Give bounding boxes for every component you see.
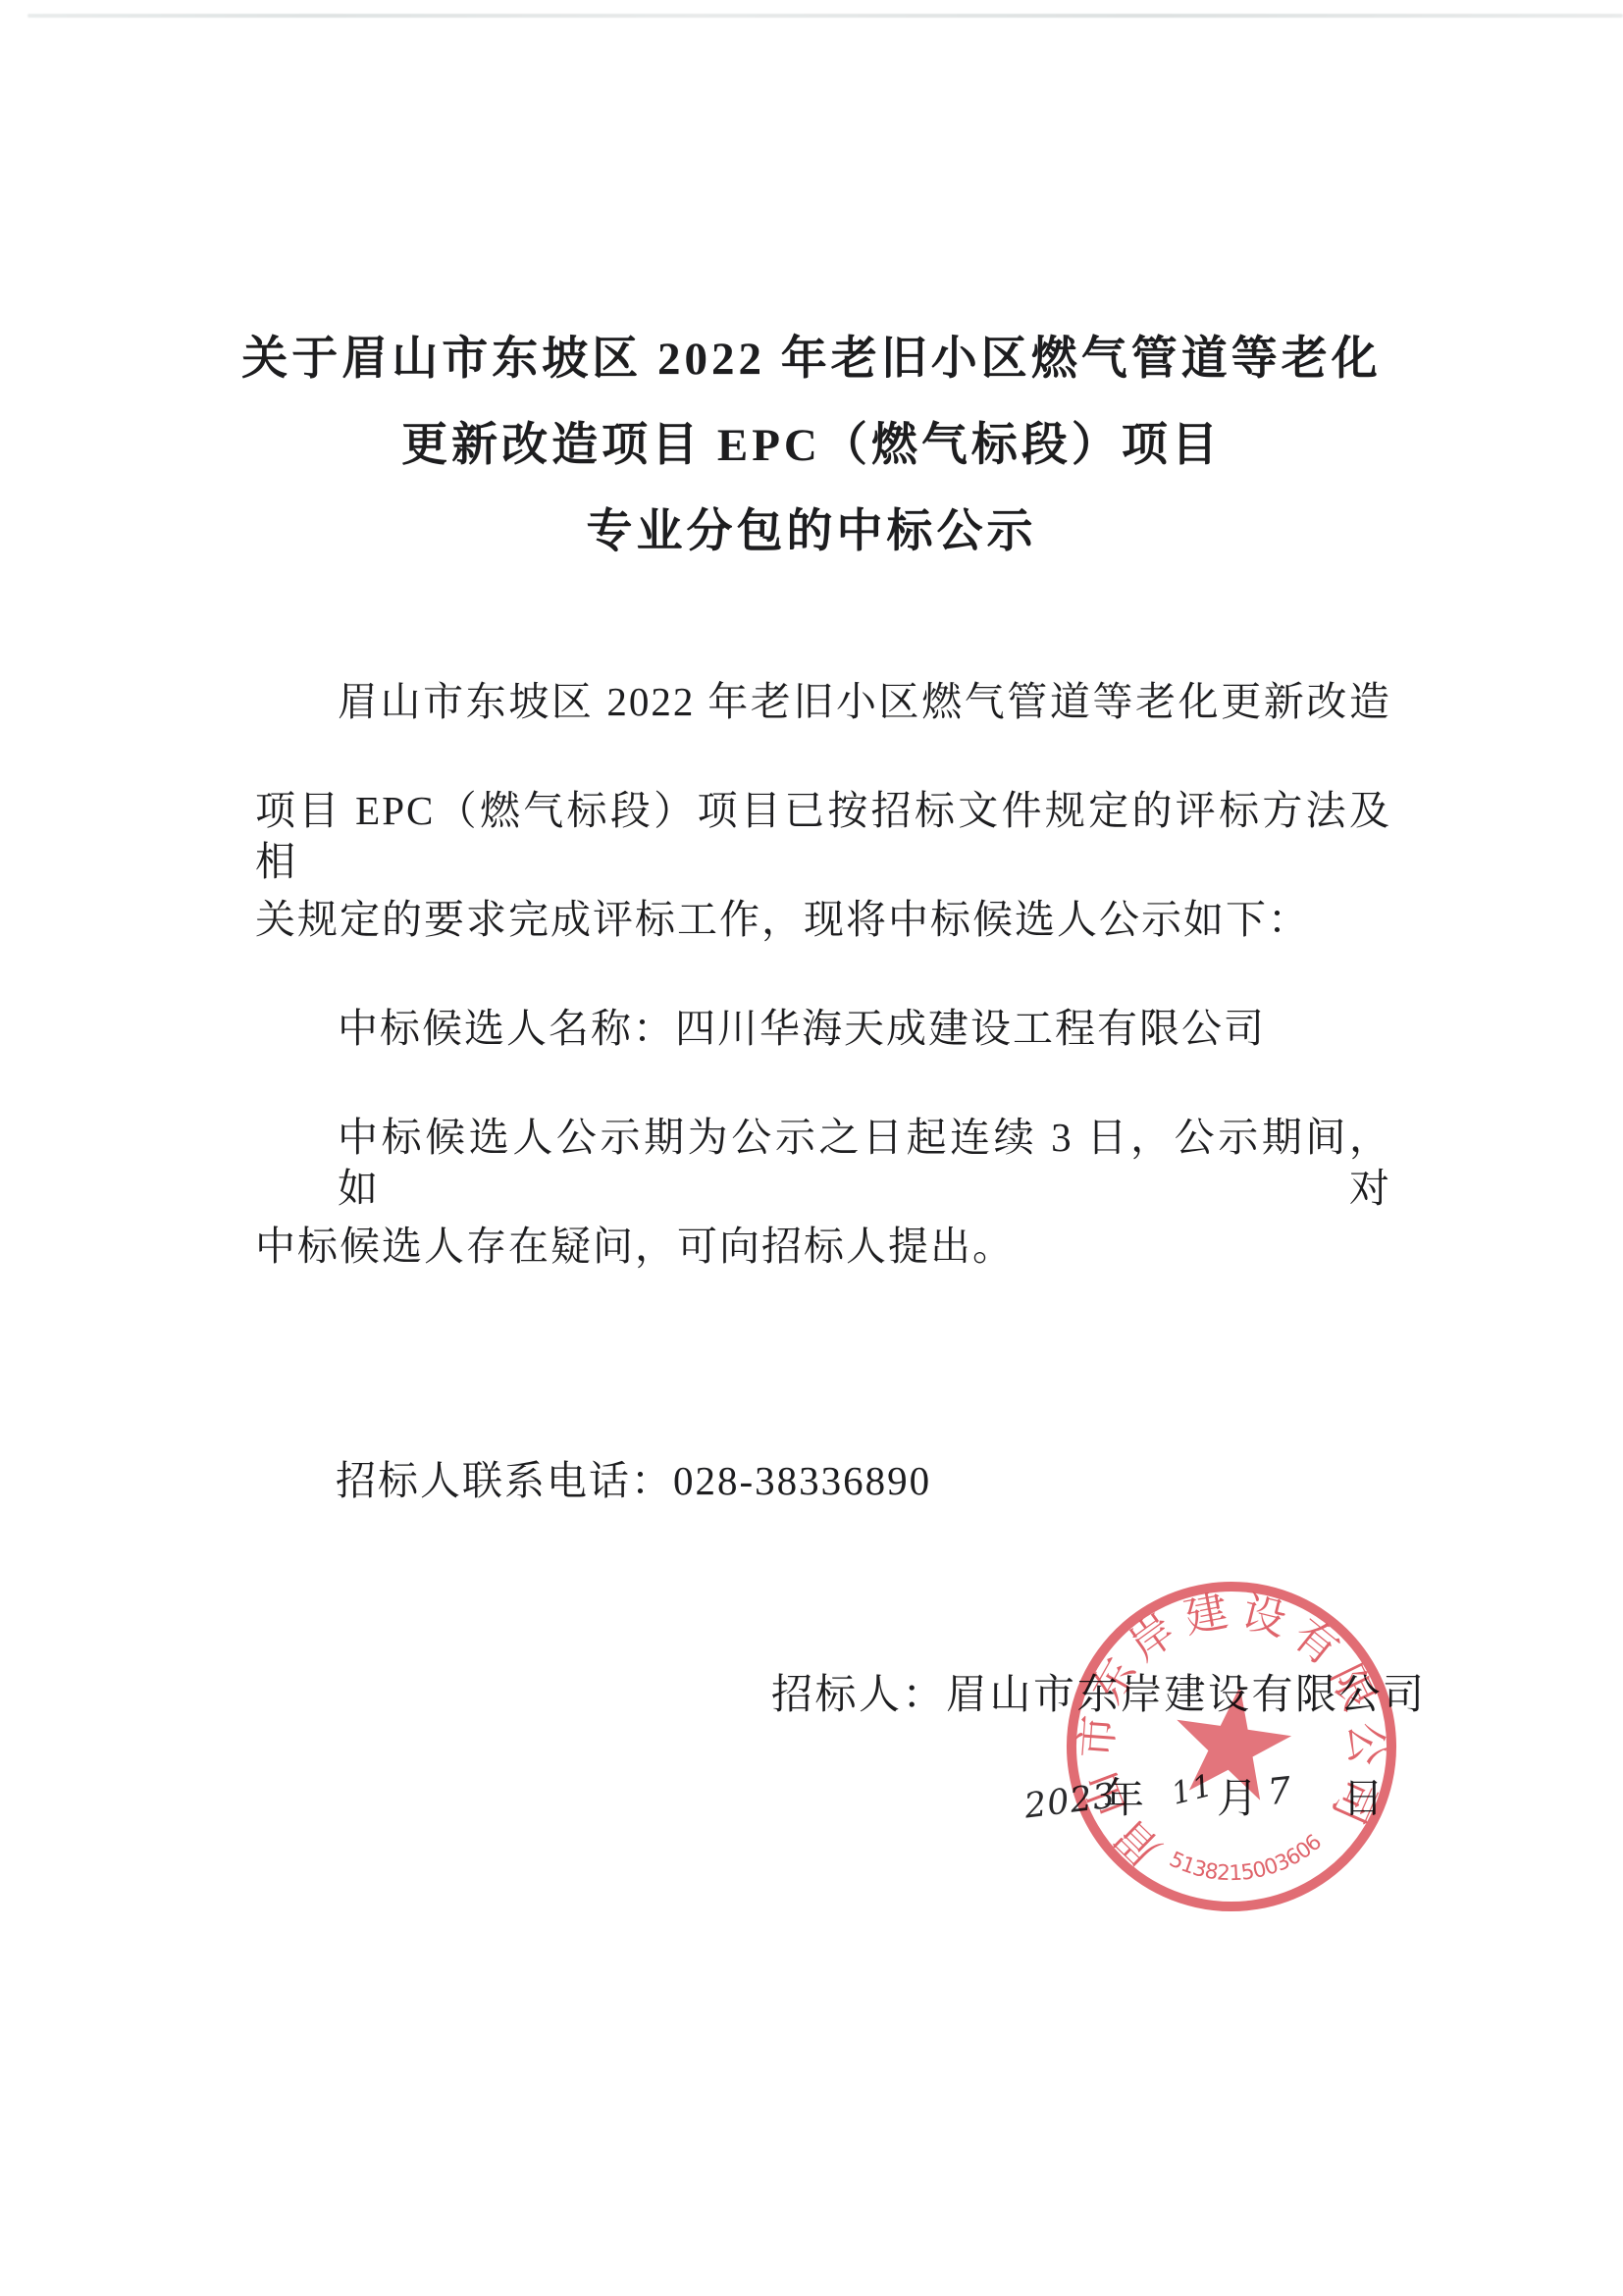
winning-candidate-line: 中标候选人名称：四川华海天成建设工程有限公司 bbox=[255, 1003, 1474, 1054]
document-title-line-1: 关于眉山市东坡区 2022 年老旧小区燃气管道等老化 bbox=[0, 332, 1623, 387]
document-title-line-3: 专业分包的中标公示 bbox=[0, 504, 1623, 559]
document-title-line-2: 更新改造项目 EPC（燃气标段）项目 bbox=[0, 418, 1623, 473]
seal-star-icon bbox=[1168, 1678, 1297, 1803]
publicity-period-line-2: 中标候选人存在疑问，可向招标人提出。 bbox=[255, 1221, 1391, 1272]
body-paragraph-line-2: 项目 EPC（燃气标段）项目已按招标文件规定的评标方法及相 bbox=[255, 785, 1391, 887]
company-seal-stamp: 眉山市东岸建设有限公司 5138215003606 bbox=[1029, 1544, 1434, 1949]
scanned-document-page: 关于眉山市东坡区 2022 年老旧小区燃气管道等老化 更新改造项目 EPC（燃气… bbox=[0, 0, 1623, 2296]
body-paragraph-line-3: 关规定的要求完成评标工作，现将中标候选人公示如下： bbox=[255, 894, 1391, 945]
publicity-period-line-1: 中标候选人公示期为公示之日起连续 3 日，公示期间，如对 bbox=[255, 1112, 1391, 1214]
scan-artifact-line bbox=[27, 14, 1623, 18]
body-paragraph-line-1: 眉山市东坡区 2022 年老旧小区燃气管道等老化更新改造 bbox=[255, 676, 1391, 727]
contact-phone-line: 招标人联系电话：028-38336890 bbox=[336, 1448, 931, 1506]
